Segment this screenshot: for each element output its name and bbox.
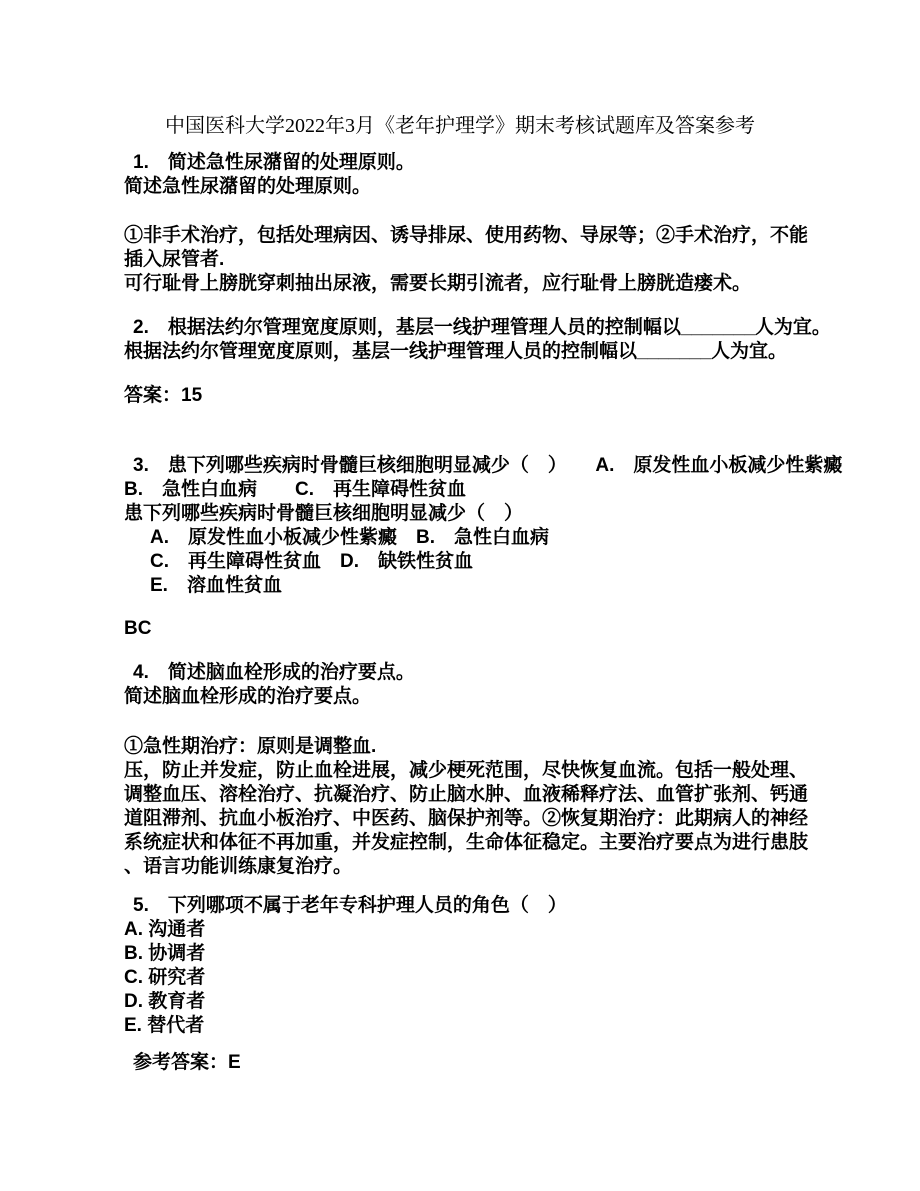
answer-3-block: BC	[0, 617, 920, 641]
answer-5-line: 参考答案：E	[0, 1051, 920, 1075]
answer-3-line: BC	[0, 617, 920, 641]
document-page: 中国医科大学2022年3月《老年护理学》期末考核试题库及答案参考 1. 简述急性…	[0, 0, 920, 1191]
question-5-option-line: E. 替代者	[0, 1014, 920, 1038]
question-3-line: B. 急性白血病 C. 再生障碍性贫血	[0, 478, 920, 502]
question-4-line: 简述脑血栓形成的治疗要点。	[0, 685, 920, 709]
answer-1-block: ①非手术治疗，包括处理病因、诱导排尿、使用药物、导尿等；②手术治疗，不能 插入尿…	[0, 224, 920, 296]
question-5-block: 5. 下列哪项不属于老年专科护理人员的角色（ ） A. 沟通者 B. 协调者 C…	[0, 894, 920, 1038]
question-3-block: 3. 患下列哪些疾病时骨髓巨核细胞明显减少（ ） A. 原发性血小板减少性紫癜 …	[0, 454, 920, 598]
question-5-option-line: B. 协调者	[0, 942, 920, 966]
answer-4-line: 调整血压、溶栓治疗、抗凝治疗、防止脑水肿、血液稀释疗法、血管扩张剂、钙通	[0, 783, 920, 807]
question-1-line: 1. 简述急性尿潴留的处理原则。	[0, 151, 920, 175]
answer-1-line: 插入尿管者.	[0, 248, 920, 272]
question-4-line: 4. 简述脑血栓形成的治疗要点。	[0, 661, 920, 685]
answer-4-line: 系统症状和体征不再加重，并发症控制，生命体征稳定。主要治疗要点为进行患肢	[0, 831, 920, 855]
question-3-option-line: C. 再生障碍性贫血 D. 缺铁性贫血	[0, 550, 920, 574]
question-3-option-line: E. 溶血性贫血	[0, 574, 920, 598]
question-3-option-line: A. 原发性血小板减少性紫癜 B. 急性白血病	[0, 526, 920, 550]
answer-4-block: ①急性期治疗：原则是调整血. 压，防止并发症，防止血栓进展，减少梗死范围，尽快恢…	[0, 735, 920, 879]
answer-4-line: 压，防止并发症，防止血栓进展，减少梗死范围，尽快恢复血流。包括一般处理、	[0, 759, 920, 783]
question-3-line: 3. 患下列哪些疾病时骨髓巨核细胞明显减少（ ） A. 原发性血小板减少性紫癜	[0, 454, 920, 478]
question-4-block: 4. 简述脑血栓形成的治疗要点。 简述脑血栓形成的治疗要点。	[0, 661, 920, 709]
answer-2-block: 答案：15	[0, 384, 920, 408]
answer-4-line: ①急性期治疗：原则是调整血.	[0, 735, 920, 759]
question-2-line: 2. 根据法约尔管理宽度原则，基层一线护理管理人员的控制幅以_______人为宜…	[0, 316, 920, 340]
question-5-option-line: D. 教育者	[0, 990, 920, 1014]
question-2-block: 2. 根据法约尔管理宽度原则，基层一线护理管理人员的控制幅以_______人为宜…	[0, 316, 920, 364]
question-1-block: 1. 简述急性尿潴留的处理原则。 简述急性尿潴留的处理原则。	[0, 151, 920, 199]
question-3-line: 患下列哪些疾病时骨髓巨核细胞明显减少（ ）	[0, 502, 920, 526]
answer-4-line: 、语言功能训练康复治疗。	[0, 855, 920, 879]
answer-1-line: 可行耻骨上膀胱穿刺抽出尿液，需要长期引流者，应行耻骨上膀胱造瘘术。	[0, 272, 920, 296]
question-5-option-line: C. 研究者	[0, 966, 920, 990]
answer-1-line: ①非手术治疗，包括处理病因、诱导排尿、使用药物、导尿等；②手术治疗，不能	[0, 224, 920, 248]
question-5-line: 5. 下列哪项不属于老年专科护理人员的角色（ ）	[0, 894, 920, 918]
document-title: 中国医科大学2022年3月《老年护理学》期末考核试题库及答案参考	[0, 109, 920, 138]
answer-4-line: 道阻滞剂、抗血小板治疗、中医药、脑保护剂等。②恢复期治疗：此期病人的神经	[0, 807, 920, 831]
question-1-line: 简述急性尿潴留的处理原则。	[0, 175, 920, 199]
answer-5-block: 参考答案：E	[0, 1051, 920, 1075]
question-2-line: 根据法约尔管理宽度原则，基层一线护理管理人员的控制幅以_______人为宜。	[0, 340, 920, 364]
answer-2-line: 答案：15	[0, 384, 920, 408]
question-5-option-line: A. 沟通者	[0, 918, 920, 942]
